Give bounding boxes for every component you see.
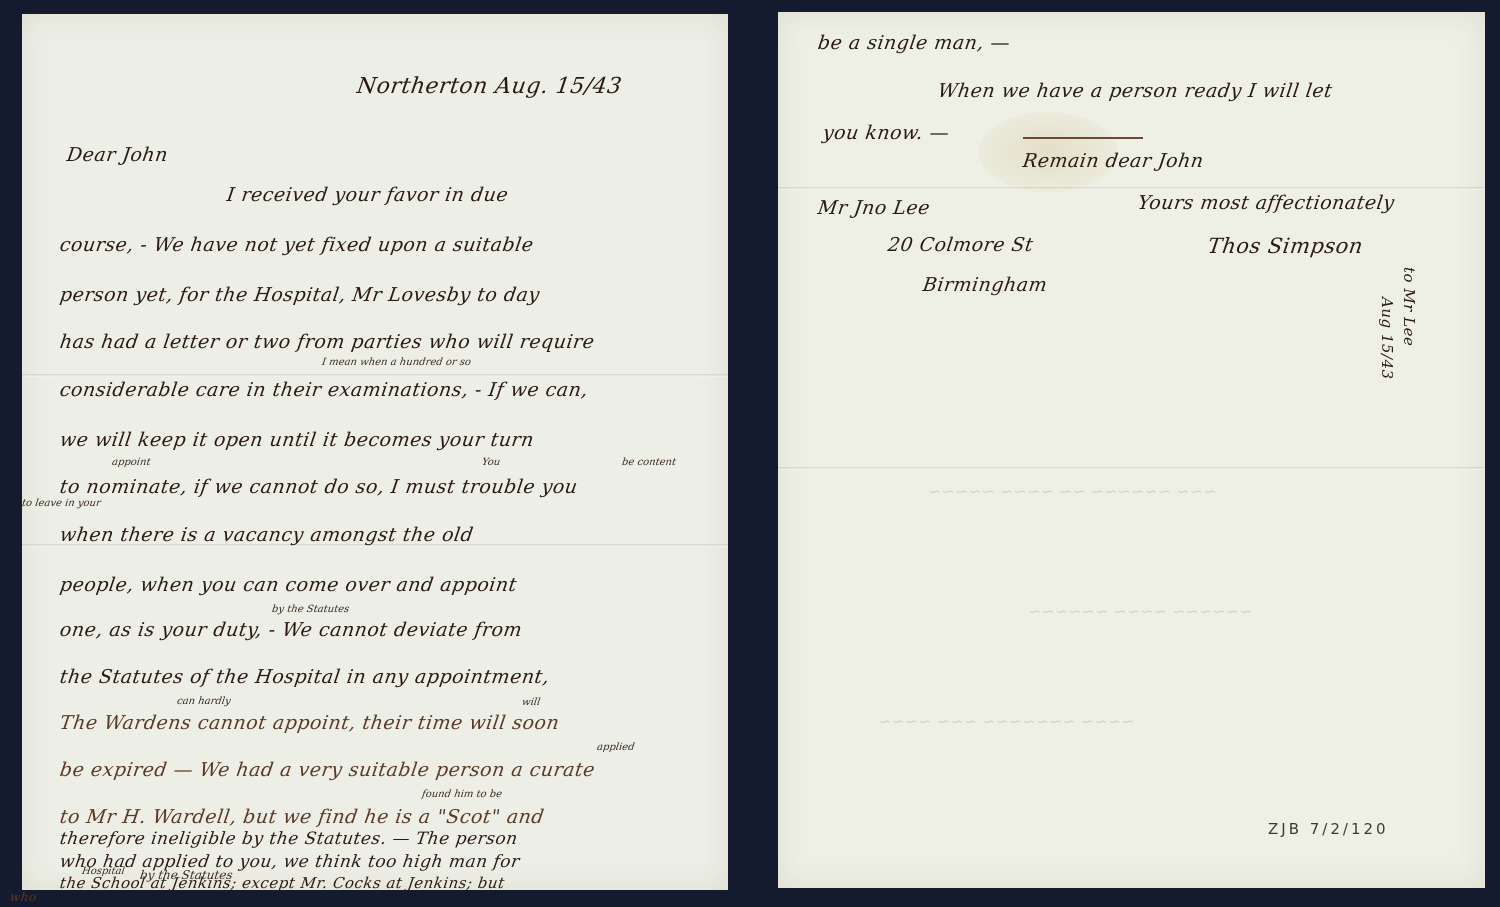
letter-line: When we have a person ready I will let — [936, 80, 1333, 102]
interlinear-note: by the Statutes — [139, 868, 234, 882]
letter-line: The Wardens cannot appoint, their time w… — [58, 712, 560, 734]
letter-page-1: Northerton Aug. 15/43 Dear John I receiv… — [22, 14, 728, 890]
letter-line: when there is a vacancy amongst the old — [58, 524, 474, 546]
letter-line: be a single man, — — [816, 32, 1011, 54]
letter-line: course, - We have not yet fixed upon a s… — [58, 234, 535, 256]
paper-fold — [22, 374, 728, 377]
letter-line: who had applied to you, we think too hig… — [59, 852, 521, 872]
docket-line: Aug 15/43 — [1378, 297, 1396, 380]
signature: Thos Simpson — [1206, 234, 1364, 258]
paper-fold — [778, 187, 1485, 190]
valediction: Yours most affectionately — [1136, 192, 1396, 214]
docket-line: to Mr Lee — [1400, 267, 1418, 346]
closing: Remain dear John — [1021, 150, 1205, 172]
dateline: Northerton Aug. 15/43 — [355, 74, 623, 99]
letter-line: the Statutes of the Hospital in any appo… — [58, 666, 550, 688]
interlinear-note: can hardly — [176, 696, 231, 707]
interlinear-note: I mean when a hundred or so — [321, 357, 471, 368]
letter-line: I received your favor in due — [225, 184, 509, 206]
dash-rule — [1023, 137, 1143, 139]
interlinear-note: You — [481, 457, 501, 468]
show-through-text: ~~~ ~~~~~~ ~~ ~~~~ ~~~~~ — [928, 482, 1216, 501]
letter-line: the School at Jenkins; except Mr. Cocks … — [59, 874, 506, 892]
interlinear-note: found him to be — [421, 789, 503, 800]
letter-line: to nominate, if we cannot do so, I must … — [58, 476, 579, 498]
letter-line: people, when you can come over and appoi… — [58, 574, 518, 596]
margin-note: who — [9, 890, 38, 904]
address-line: 20 Colmore St — [886, 234, 1034, 256]
letter-line: be expired — We had a very suitable pers… — [58, 759, 596, 781]
letter-line: to Mr H. Wardell, but we find he is a "S… — [58, 806, 545, 828]
show-through-text: ~~~~ ~~~~~~~ ~~~ ~~~~ — [878, 712, 1135, 731]
interlinear-note: applied — [596, 742, 635, 753]
address-line: Birmingham — [921, 274, 1048, 296]
letter-line: considerable care in their examinations,… — [58, 379, 589, 401]
show-through-text: ~~~~~~ ~~~~ ~~~~~~ — [1028, 602, 1253, 621]
letter-line: you know. — — [821, 122, 950, 144]
interlinear-note: to leave in your — [21, 498, 101, 509]
letter-line: therefore ineligible by the Statutes. — … — [59, 829, 519, 849]
letter-line: we will keep it open until it becomes yo… — [58, 429, 535, 451]
interlinear-note: will — [521, 697, 541, 708]
interlinear-note: by the Statutes — [271, 604, 350, 615]
interlinear-note: be content — [621, 457, 677, 468]
letter-line: has had a letter or two from parties who… — [58, 331, 596, 353]
letter-page-2: ~~~ ~~~~~~ ~~ ~~~~ ~~~~~ ~~~~~~ ~~~~ ~~~… — [778, 12, 1485, 888]
address-line: Mr Jno Lee — [816, 197, 931, 219]
interlinear-note: appoint — [111, 457, 151, 468]
letter-line: one, as is your duty, - We cannot deviat… — [58, 619, 523, 641]
salutation: Dear John — [65, 144, 169, 166]
paper-fold — [778, 467, 1485, 470]
letter-line: person yet, for the Hospital, Mr Lovesby… — [58, 284, 541, 306]
archive-reference: ZJB 7/2/120 — [1268, 820, 1389, 838]
